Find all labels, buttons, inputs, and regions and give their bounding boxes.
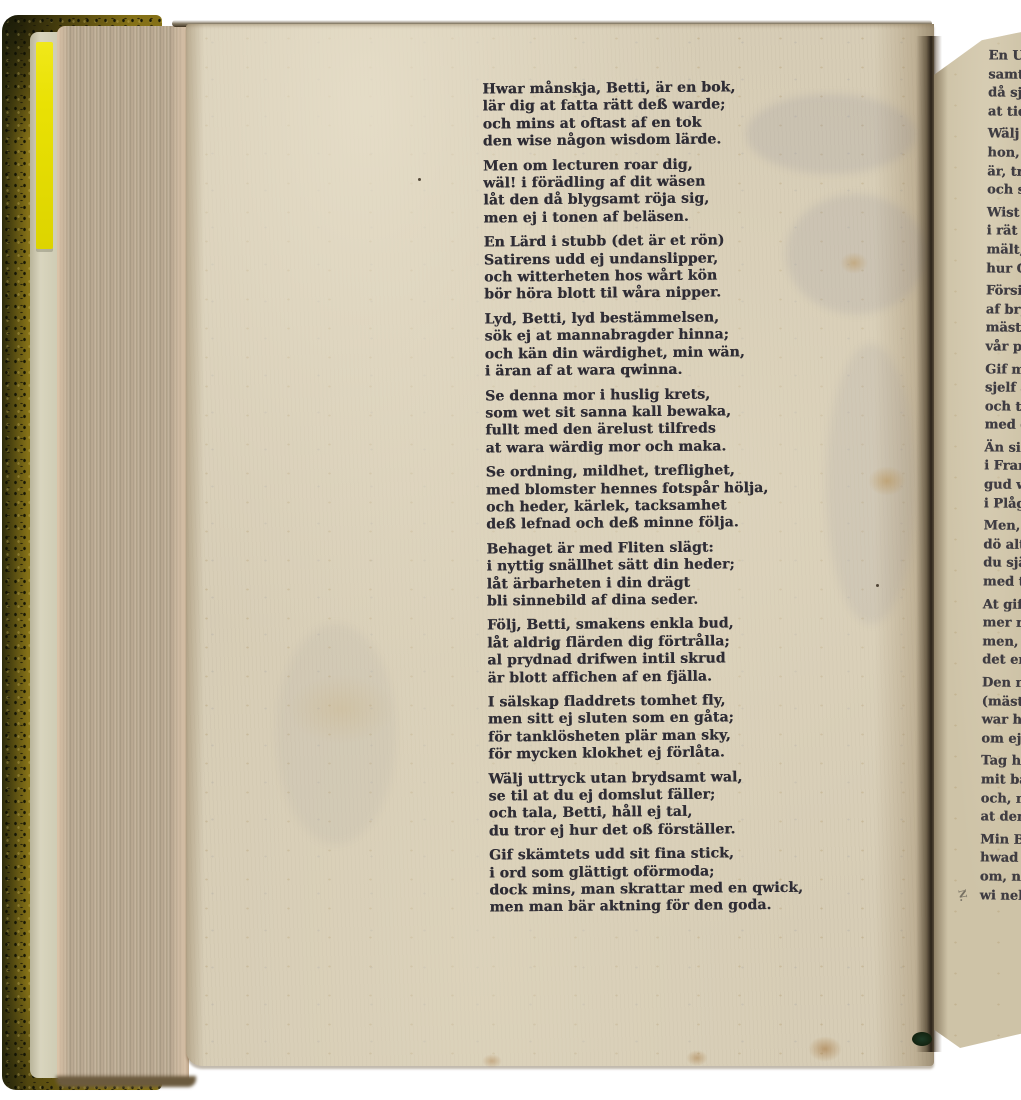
book-bottom-shadow [56,1076,196,1087]
poem-stanza: Tag hindremit barn,och, mellanat den i ä… [980,753,1021,829]
signature-mark: N. [955,888,968,902]
poem-stanza: Försigtigaf brydermäst tälivår patien [985,283,1021,359]
poem-stanza: Se denna mor i huslig krets,som wet sit … [485,385,831,458]
poem-stanza: Behaget är med Fliten slägt:i nyttig snä… [486,538,832,611]
poem-line: Wist hur [987,204,1021,224]
poem-line: mält, m [986,241,1021,261]
facing-page-text: En Utsigsamt en gdå sjelf eat tiden gWäl… [979,47,1021,910]
poem-stanza: Wälj wänhon, säkär, tro moch säll o [987,126,1021,202]
poem-line: och tro, m [985,398,1021,418]
poem-stanza: Gif medsjelf af ditoch tro, mmed gode [984,361,1021,437]
poem-line: du tror ej hur det oß förställer. [489,820,834,840]
poem-line: om ej — s [981,730,1021,750]
poem-line: Försigtig [986,283,1021,303]
poem-line: i Plågod [984,495,1021,515]
poem-line: Än sig an [984,439,1021,459]
poem-line: war huld, [981,712,1021,732]
poem-line: Den maka [982,674,1021,694]
poem-line: deß lefnad och deß minne följa. [486,514,831,534]
yellow-bookmark [36,42,53,249]
poem-stanza: Den maka(mäst dennwar huld,om ej — s [981,674,1021,750]
poem-line: men man bär aktning för den goda. [489,897,834,917]
stain [286,674,396,744]
poem-line: om, näd [980,868,1021,888]
book-photo: Hwar månskja, Betti, är en bok,lär dig a… [0,0,1021,1100]
poem-line: dö altrig [983,536,1021,556]
poem-line: hur Gens [986,260,1021,280]
poem-stanza: Gif skämtets udd sit fina stick,i ord so… [489,845,835,918]
stain [868,466,906,496]
poem-line: wi nekat [980,887,1021,907]
poem-line: och säll o [987,182,1021,202]
poem-line: At giftas — [983,596,1021,616]
poem-line: at tiden g [988,103,1021,123]
poem-line: i rät an f [986,223,1021,243]
poem-line: i äran af at wara qwinna. [485,361,830,381]
poem-line: Tag hindre [981,753,1021,773]
page-stack-fore-edge [57,26,189,1082]
poem-stanza: En Utsigsamt en gdå sjelf eat tiden g [988,47,1021,123]
poem-line: är, tro m [987,163,1021,183]
poem-line: hwad gru [980,850,1021,870]
poem-stanza: Men, Bedö altrigdu själ dimed tanks [983,518,1021,594]
poem-line: vår patien [985,338,1021,358]
poem-line: den wise någon wisdom lärde. [483,131,828,151]
stain [482,1054,502,1068]
poem-stanza: Wälj uttryck utan brydsamt wal,se til at… [488,768,834,841]
poem-text-column: Hwar månskja, Betti, är en bok,lär dig a… [482,79,834,925]
poem-line: bör höra blott til wåra nipper. [484,284,829,304]
open-page: Hwar månskja, Betti, är en bok,lär dig a… [186,24,934,1066]
poem-line: sjelf af dit [985,379,1021,399]
stain [808,1036,842,1062]
poem-line: med tanks [983,573,1021,593]
poem-stanza: Min Bettihwad gruom, nädwi nekat [980,831,1021,907]
poem-line: (mäst denn [982,693,1021,713]
poem-line: En Utsig [988,47,1021,67]
poem-line: med gode [984,417,1021,437]
poem-line: då sjelf e [988,85,1021,105]
poem-line: bli sinnebild af dina seder. [487,590,832,610]
stain [686,1050,708,1066]
poem-stanza: Följ, Betti, smakens enkla bud,låt aldri… [487,615,833,688]
poem-line: gud wet, [984,476,1021,496]
stain [840,252,868,274]
poem-line: Men, Be [983,518,1021,538]
poem-stanza: Men om lecturen roar dig,wäl! i förädlin… [483,155,829,228]
poem-stanza: Wist huri rät an fmält, mhur Gens [986,204,1021,280]
poem-line: och, mellan [981,790,1021,810]
poem-stanza: En Lärd i stubb (det är et rön)Satirens … [484,232,830,305]
poem-stanza: I sälskap fladdrets tomhet fly,men sitt … [488,691,834,764]
poem-line: af bryder [986,301,1021,321]
poem-line: at den i äl [980,809,1021,829]
poem-line: Gif med [985,361,1021,381]
poem-line: at wara wärdig mor och maka. [485,437,830,457]
paper-speck [876,584,879,587]
poem-stanza: Än sig ani Framtigud wet,i Plågod [984,439,1021,515]
poem-line: du själ di [983,555,1021,575]
poem-line: mit barn, [981,771,1021,791]
poem-line: men, goda [982,633,1021,653]
paper-speck [418,178,421,181]
poem-line: samt en g [988,66,1021,86]
poem-line: för mycken klokhet ej förlåta. [488,744,833,764]
poem-line: mer rikt at [982,615,1021,635]
poem-line: mäst täli [985,320,1021,340]
facing-page-strip: En Utsigsamt en gdå sjelf eat tiden gWäl… [934,28,1021,1048]
poem-line: men ej i tonen af beläsen. [483,207,828,227]
poem-line: det enda rå [982,652,1021,672]
poem-line: hon, säk [987,144,1021,164]
poem-line: i Framti [984,458,1021,478]
poem-line: Min Betti [980,831,1021,851]
poem-stanza: Lyd, Betti, lyd bestämmelsen,sök ej at m… [484,308,830,381]
poem-line: dock mins, man skrattar med en qwick, [489,880,834,900]
poem-stanza: Hwar månskja, Betti, är en bok,lär dig a… [482,79,828,152]
poem-stanza: Se ordning, mildhet, treflighet,med blom… [486,462,832,535]
poem-line: Wälj wän [988,126,1021,146]
gutter-cover-speck [912,1032,932,1046]
poem-line: är blott affichen af en fjälla. [487,667,832,687]
poem-stanza: At giftas —mer rikt atmen, godadet enda … [982,596,1021,672]
